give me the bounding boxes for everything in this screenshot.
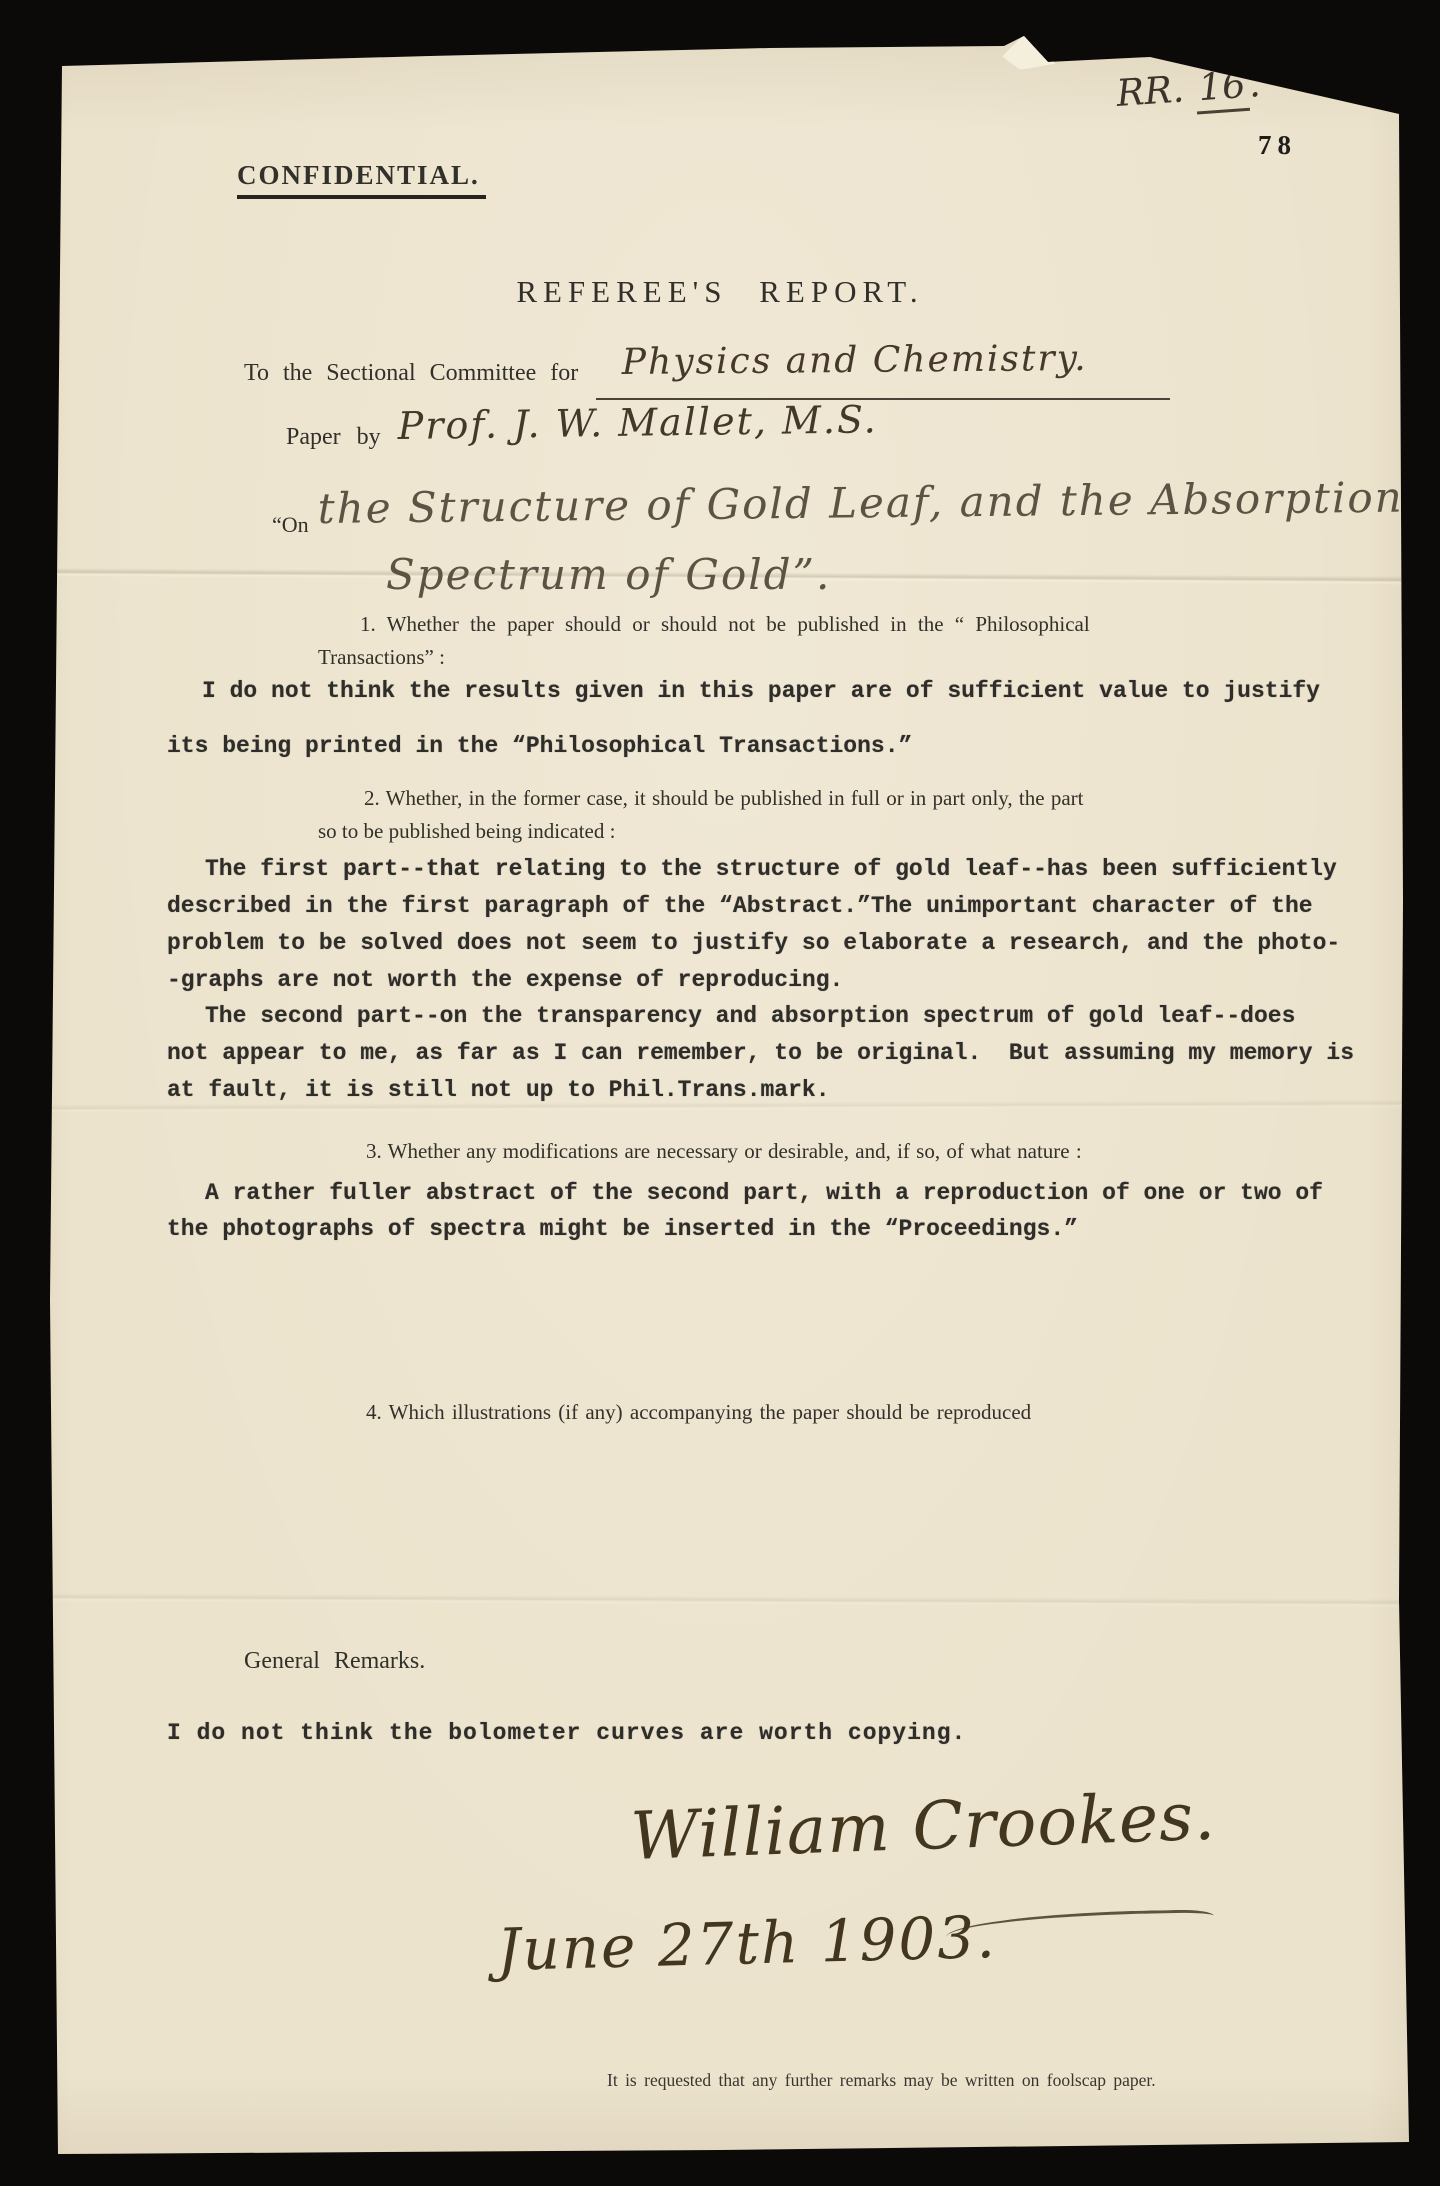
- general-remarks-answer: I do not think the bolometer curves are …: [167, 1720, 966, 1746]
- question-2-line-1: 2. Whether, in the former case, it shoul…: [364, 786, 1084, 811]
- answer-1-line-1: I do not think the results given in this…: [202, 678, 1320, 704]
- answer-3-line-1: A rather fuller abstract of the second p…: [205, 1180, 1323, 1206]
- folio-number: 78: [1258, 130, 1297, 161]
- answer-1-line-2: its being printed in the “Philosophical …: [167, 733, 912, 759]
- paper-by-label: Paper by: [286, 424, 381, 451]
- signature-date: June 27th 1903.: [496, 1903, 997, 1984]
- footer-note: It is requested that any further remarks…: [607, 2070, 1156, 2091]
- paper-title-open: “On: [272, 512, 309, 538]
- answer-2-line-6: not appear to me, as far as I can rememb…: [167, 1040, 1354, 1066]
- confidential-heading: CONFIDENTIAL.: [237, 160, 486, 191]
- answer-2-line-2: described in the first paragraph of the …: [167, 893, 1313, 919]
- answer-3-line-2: the photographs of spectra might be inse…: [167, 1216, 1078, 1242]
- answer-2-line-3: problem to be solved does not seem to ju…: [167, 930, 1340, 956]
- question-2-line-2: so to be published being indicated :: [318, 819, 615, 844]
- paper-sheet: RR. 16. 78 CONFIDENTIAL. REFEREE'S REPOR…: [0, 0, 1440, 2186]
- question-3: 3. Whether any modifications are necessa…: [366, 1139, 1082, 1164]
- ref-suffix: .: [1247, 62, 1262, 106]
- committee-label: To the Sectional Committee for: [244, 360, 578, 387]
- torn-corner-fold: [1002, 34, 1056, 70]
- answer-2-line-5: The second part--on the transparency and…: [205, 1003, 1295, 1029]
- paper-title-line1: the Structure of Gold Leaf, and the Abso…: [317, 473, 1403, 533]
- ref-annotation: RR. 16.: [1115, 62, 1262, 115]
- answer-2-line-1: The first part--that relating to the str…: [205, 856, 1337, 882]
- confidential-text: CONFIDENTIAL.: [237, 160, 486, 199]
- committee-fill: Physics and Chemistry.: [622, 338, 1088, 383]
- question-1-line-2: Transactions” :: [318, 645, 445, 670]
- paper-author-fill: Prof. J. W. Mallet, M.S.: [397, 397, 878, 448]
- question-4: 4. Which illustrations (if any) accompan…: [366, 1400, 1031, 1425]
- answer-2-line-7: at fault, it is still not up to Phil.Tra…: [167, 1077, 830, 1103]
- question-1-line-1: 1. Whether the paper should or should no…: [360, 612, 1090, 637]
- ref-number: 16: [1194, 63, 1250, 115]
- paper-title-line2: Spectrum of Gold”.: [386, 550, 831, 599]
- general-remarks-heading: General Remarks.: [244, 1648, 425, 1675]
- fold-crease-lower: [0, 1593, 1440, 1608]
- signature: William Crookes.: [629, 1778, 1217, 1875]
- answer-2-line-4: -graphs are not worth the expense of rep…: [167, 967, 843, 993]
- ref-prefix: RR.: [1115, 67, 1185, 115]
- report-title: REFEREE'S REPORT.: [370, 274, 1070, 310]
